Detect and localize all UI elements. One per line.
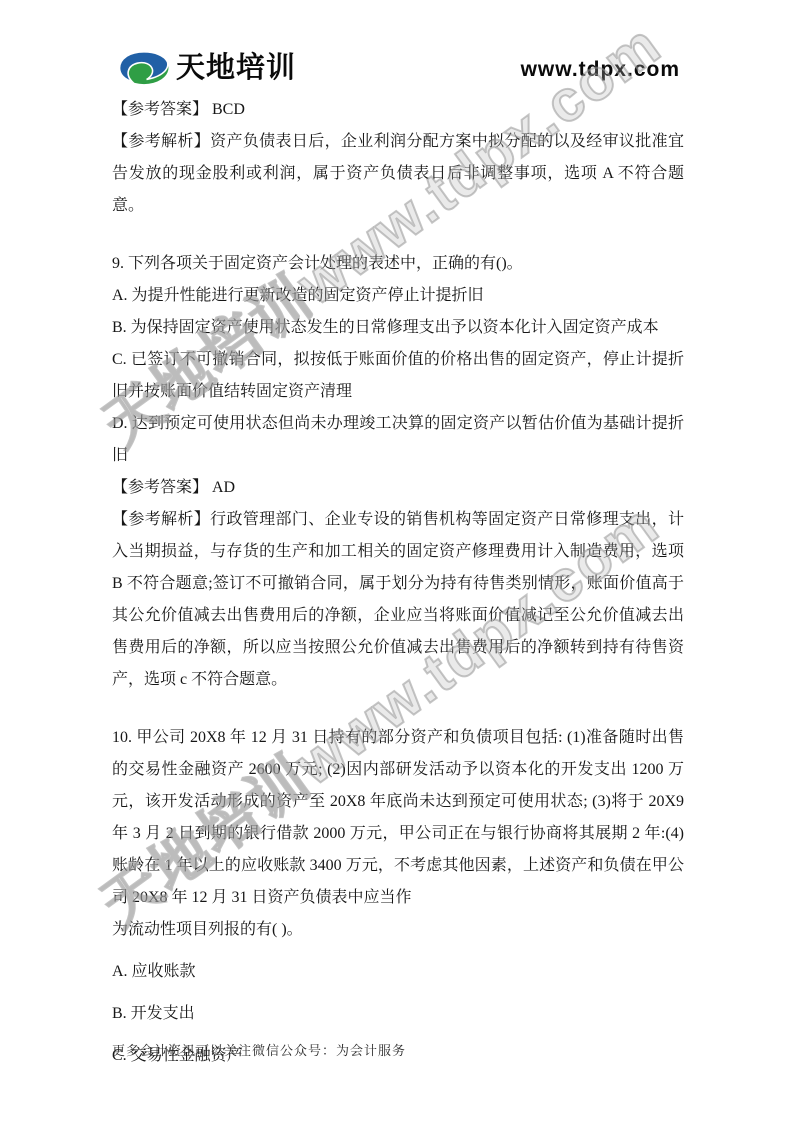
answer-line-q8: 【参考答案】 BCD — [112, 94, 684, 126]
logo-swirl-icon — [118, 50, 170, 86]
header: 天地培训 www.tdpx.com — [0, 0, 793, 96]
document-body: 【参考答案】 BCD 【参考解析】资产负债表日后，企业利润分配方案中拟分配的以及… — [112, 94, 684, 1072]
analysis-paragraph-q8: 【参考解析】资产负债表日后，企业利润分配方案中拟分配的以及经审议批准宜告发放的现… — [112, 126, 684, 222]
question-9-stem: 9. 下列各项关于固定资产会计处理的表述中，正确的有()。 — [112, 248, 684, 280]
question-9-option-b: B. 为保持固定资产使用状态发生的日常修理支出予以资本化计入固定资产成本 — [112, 312, 684, 344]
header-logo: 天地培训 — [118, 50, 296, 86]
logo-text: 天地培训 — [176, 50, 296, 86]
question-10-option-b: B. 开发支出 — [112, 998, 684, 1030]
website-url: www.tdpx.com — [521, 58, 680, 82]
document-page: 天地培训 www.tdpx.com 【参考答案】 BCD 【参考解析】资产负债表… — [0, 0, 793, 1122]
question-9-option-d: D. 达到预定可使用状态但尚未办理竣工决算的固定资产以暂估价值为基础计提折旧 — [112, 408, 684, 472]
question-10-option-a: A. 应收账款 — [112, 956, 684, 988]
question-9-option-c: C. 已签订不可撤销合同，拟按低于账面价值的价格出售的固定资产，停止计提折旧并按… — [112, 344, 684, 408]
question-9-option-a: A. 为提升性能进行更新改造的固定资产停止计提折旧 — [112, 280, 684, 312]
analysis-paragraph-q9: 【参考解析】行政管理部门、企业专设的销售机构等固定资产日常修理支出，计入当期损益… — [112, 504, 684, 696]
question-10-stem-continued: 为流动性项目列报的有( )。 — [112, 914, 684, 946]
question-10-stem: 10. 甲公司 20X8 年 12 月 31 日持有的部分资产和负债项目包括: … — [112, 722, 684, 914]
footer-note: 更多会计资讯可以关注微信公众号：为会计服务 — [112, 1042, 406, 1060]
answer-line-q9: 【参考答案】 AD — [112, 472, 684, 504]
